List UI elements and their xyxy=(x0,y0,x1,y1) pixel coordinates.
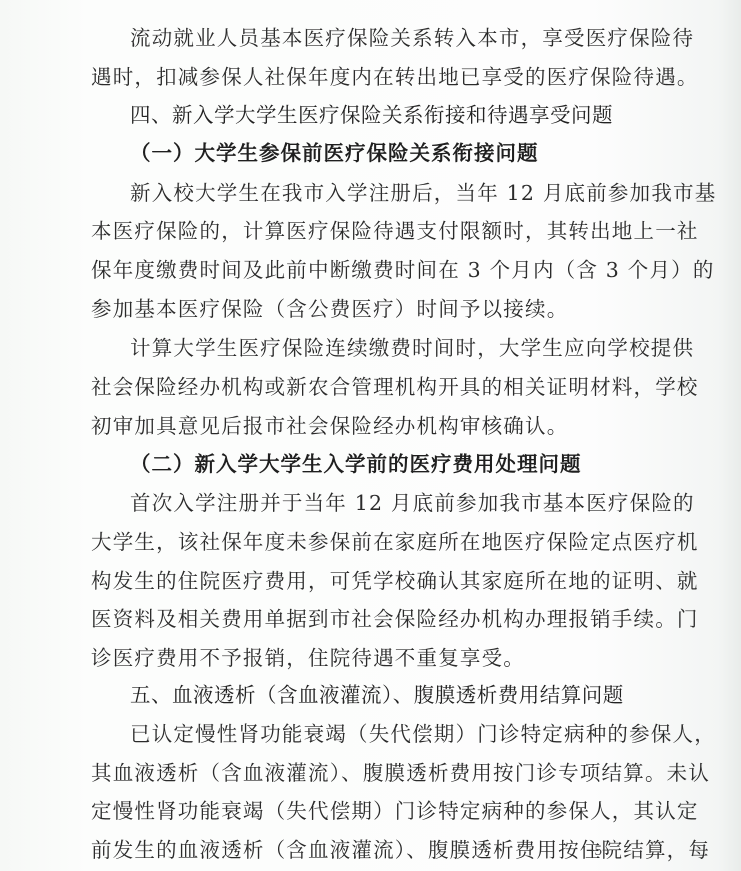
paragraph-line: 计算大学生医疗保险连续缴费时间时，大学生应向学校提供 xyxy=(130,333,639,363)
paragraph-line: 构发生的住院医疗费用，可凭学校确认其家庭所在地的证明、就 xyxy=(91,566,639,596)
page-number: −5− xyxy=(586,843,610,860)
paragraph-line: 新入校大学生在我市入学注册后，当年 12 月底前参加我市基 xyxy=(130,178,639,208)
paragraph-line: 诊医疗费用不予报销，住院待遇不重复享受。 xyxy=(91,643,639,673)
paragraph-line: 流动就业人员基本医疗保险关系转入本市，享受医疗保险待 xyxy=(130,23,639,53)
paragraph-line: 医资料及相关费用单据到市社会保险经办机构办理报销手续。门 xyxy=(91,604,639,634)
paragraph-line: 初审加具意见后报市社会保险经办机构审核确认。 xyxy=(91,411,639,441)
paragraph-line: 保年度缴费时间及此前中断缴费时间在 3 个月内（含 3 个月）的 xyxy=(91,255,639,285)
document-page: 流动就业人员基本医疗保险关系转入本市，享受医疗保险待遇时，扣减参保人社保年度内在… xyxy=(0,0,741,871)
section-heading: 四、新入学大学生医疗保险关系衔接和待遇享受问题 xyxy=(130,100,639,130)
paragraph-line: 定慢性肾功能衰竭（失代偿期）门诊特定病种的参保人，其认定 xyxy=(91,796,639,826)
paragraph-line: 本医疗保险的，计算医疗保险待遇支付限额时，其转出地上一社 xyxy=(91,216,639,246)
subsection-heading: （一）大学生参保前医疗保险关系衔接问题 xyxy=(130,138,639,168)
paragraph-line: 前发生的血液透析（含血液灌流）、腹膜透析费用按住院结算，每 xyxy=(91,835,639,865)
paragraph-line: 遇时，扣减参保人社保年度内在转出地已享受的医疗保险待遇。 xyxy=(91,62,639,92)
paragraph-line: 首次入学注册并于当年 12 月底前参加我市基本医疗保险的 xyxy=(130,488,639,518)
paragraph-line: 参加基本医疗保险（含公费医疗）时间予以接续。 xyxy=(91,294,639,324)
paragraph-line: 大学生，该社保年度未参保前在家庭所在地医疗保险定点医疗机 xyxy=(91,527,639,557)
paragraph-line: 其血液透析（含血液灌流）、腹膜透析费用按门诊专项结算。未认 xyxy=(91,758,639,788)
section-heading: 五、血液透析（含血液灌流）、腹膜透析费用结算问题 xyxy=(130,680,639,710)
paragraph-line: 社会保险经办机构或新农合管理机构开具的相关证明材料，学校 xyxy=(91,372,639,402)
paragraph-line: 已认定慢性肾功能衰竭（失代偿期）门诊特定病种的参保人， xyxy=(130,719,639,749)
subsection-heading: （二）新入学大学生入学前的医疗费用处理问题 xyxy=(130,449,639,479)
